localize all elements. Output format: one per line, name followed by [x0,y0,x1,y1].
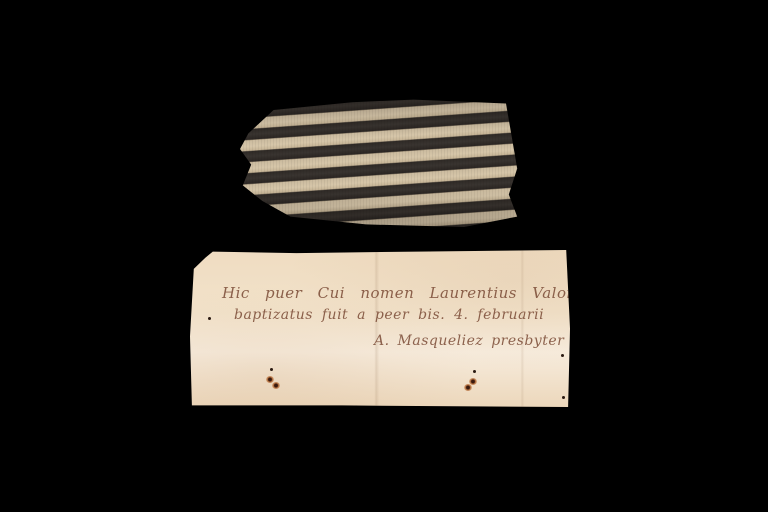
pin-hole-left-2 [272,382,280,389]
ink-speck [561,354,564,357]
ink-speck [473,370,476,373]
note-signature: A. Masqueliez presbyter [374,333,564,349]
note-line-1: Hic puer Cui nomen Laurentius Valois [222,284,580,302]
ink-speck [208,317,211,320]
ink-speck [270,368,273,371]
ink-speck [562,396,565,399]
handwritten-baptismal-note: Hic puer Cui nomen Laurentius Valois bap… [190,250,570,407]
photo-stage: Hic puer Cui nomen Laurentius Valois bap… [0,0,768,512]
note-line-2: baptizatus fuit a peer bis. 4. februarii [234,307,544,323]
pin-hole-right-2 [464,384,472,391]
striped-fabric-fragment [240,97,520,227]
